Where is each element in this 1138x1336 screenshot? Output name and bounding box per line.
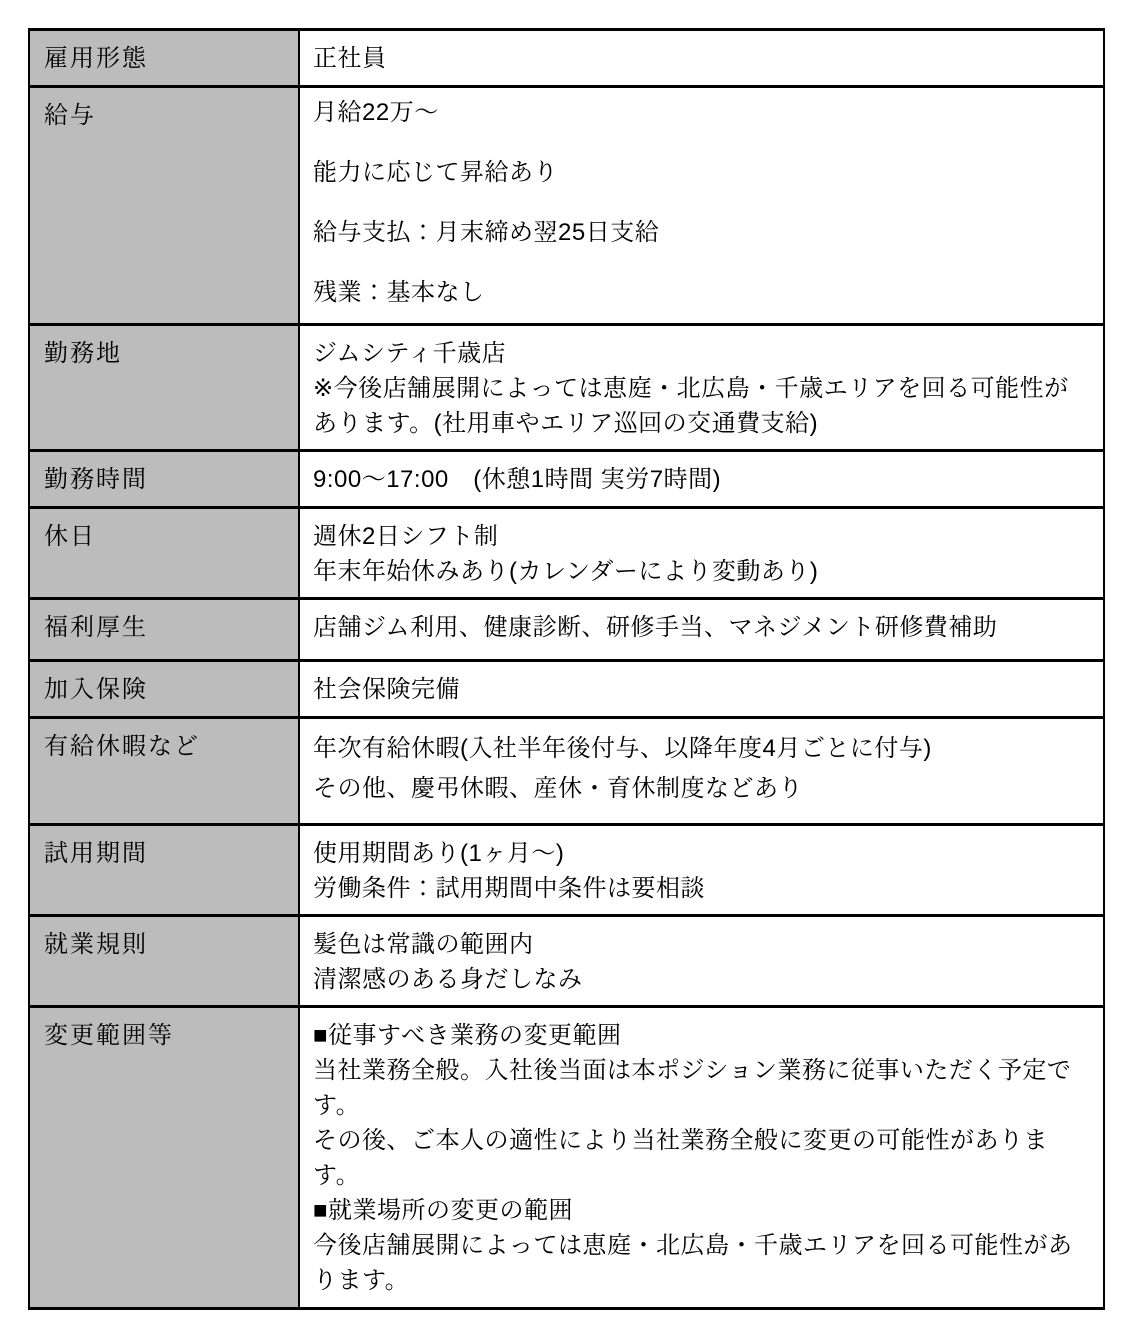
table-row-employment-type: 雇用形態正社員 bbox=[29, 30, 1104, 87]
row-value-benefits: 店舗ジム利用、健康診断、研修手当、マネジメント研修費補助 bbox=[299, 599, 1104, 661]
row-label-employment-type: 雇用形態 bbox=[29, 30, 299, 87]
row-label-scope-of-change: 変更範囲等 bbox=[29, 1007, 299, 1309]
table-row-probation-period: 試用期間使用期間あり(1ヶ月～) 労働条件：試用期間中条件は要相談 bbox=[29, 825, 1104, 916]
table-row-salary: 給与月給22万～ 能力に応じて昇給あり 給与支払：月末締め翌25日支給 残業：基… bbox=[29, 87, 1104, 325]
row-value-work-rules: 髪色は常識の範囲内 清潔感のある身だしなみ bbox=[299, 916, 1104, 1007]
document-page: 雇用形態正社員給与月給22万～ 能力に応じて昇給あり 給与支払：月末締め翌25日… bbox=[0, 0, 1138, 1336]
row-value-scope-of-change: ■従事すべき業務の変更範囲 当社業務全般。入社後当面は本ポジション業務に従事いた… bbox=[299, 1007, 1104, 1309]
job-conditions-table: 雇用形態正社員給与月給22万～ 能力に応じて昇給あり 給与支払：月末締め翌25日… bbox=[28, 28, 1105, 1310]
table-row-scope-of-change: 変更範囲等■従事すべき業務の変更範囲 当社業務全般。入社後当面は本ポジション業務… bbox=[29, 1007, 1104, 1309]
table-row-paid-leave: 有給休暇など年次有給休暇(入社半年後付与、以降年度4月ごとに付与) その他、慶弔… bbox=[29, 718, 1104, 825]
row-label-insurance: 加入保険 bbox=[29, 661, 299, 718]
table-row-work-hours: 勤務時間9:00～17:00 (休憩1時間 実労7時間) bbox=[29, 451, 1104, 508]
job-conditions-rows: 雇用形態正社員給与月給22万～ 能力に応じて昇給あり 給与支払：月末締め翌25日… bbox=[29, 30, 1104, 1309]
row-label-work-hours: 勤務時間 bbox=[29, 451, 299, 508]
row-label-paid-leave: 有給休暇など bbox=[29, 718, 299, 825]
row-value-holidays: 週休2日シフト制 年末年始休みあり(カレンダーにより変動あり) bbox=[299, 508, 1104, 599]
row-value-employment-type: 正社員 bbox=[299, 30, 1104, 87]
row-value-work-location: ジムシティ千歳店 ※今後店舗展開によっては恵庭・北広島・千歳エリアを回る可能性が… bbox=[299, 325, 1104, 451]
row-label-work-rules: 就業規則 bbox=[29, 916, 299, 1007]
row-label-holidays: 休日 bbox=[29, 508, 299, 599]
row-value-salary: 月給22万～ 能力に応じて昇給あり 給与支払：月末締め翌25日支給 残業：基本な… bbox=[299, 87, 1104, 325]
table-row-holidays: 休日週休2日シフト制 年末年始休みあり(カレンダーにより変動あり) bbox=[29, 508, 1104, 599]
row-label-work-location: 勤務地 bbox=[29, 325, 299, 451]
row-label-probation-period: 試用期間 bbox=[29, 825, 299, 916]
table-row-work-location: 勤務地ジムシティ千歳店 ※今後店舗展開によっては恵庭・北広島・千歳エリアを回る可… bbox=[29, 325, 1104, 451]
table-row-work-rules: 就業規則髪色は常識の範囲内 清潔感のある身だしなみ bbox=[29, 916, 1104, 1007]
table-row-benefits: 福利厚生店舗ジム利用、健康診断、研修手当、マネジメント研修費補助 bbox=[29, 599, 1104, 661]
row-value-insurance: 社会保険完備 bbox=[299, 661, 1104, 718]
table-row-insurance: 加入保険社会保険完備 bbox=[29, 661, 1104, 718]
row-value-work-hours: 9:00～17:00 (休憩1時間 実労7時間) bbox=[299, 451, 1104, 508]
row-label-salary: 給与 bbox=[29, 87, 299, 325]
row-value-paid-leave: 年次有給休暇(入社半年後付与、以降年度4月ごとに付与) その他、慶弔休暇、産休・… bbox=[299, 718, 1104, 825]
row-label-benefits: 福利厚生 bbox=[29, 599, 299, 661]
row-value-probation-period: 使用期間あり(1ヶ月～) 労働条件：試用期間中条件は要相談 bbox=[299, 825, 1104, 916]
